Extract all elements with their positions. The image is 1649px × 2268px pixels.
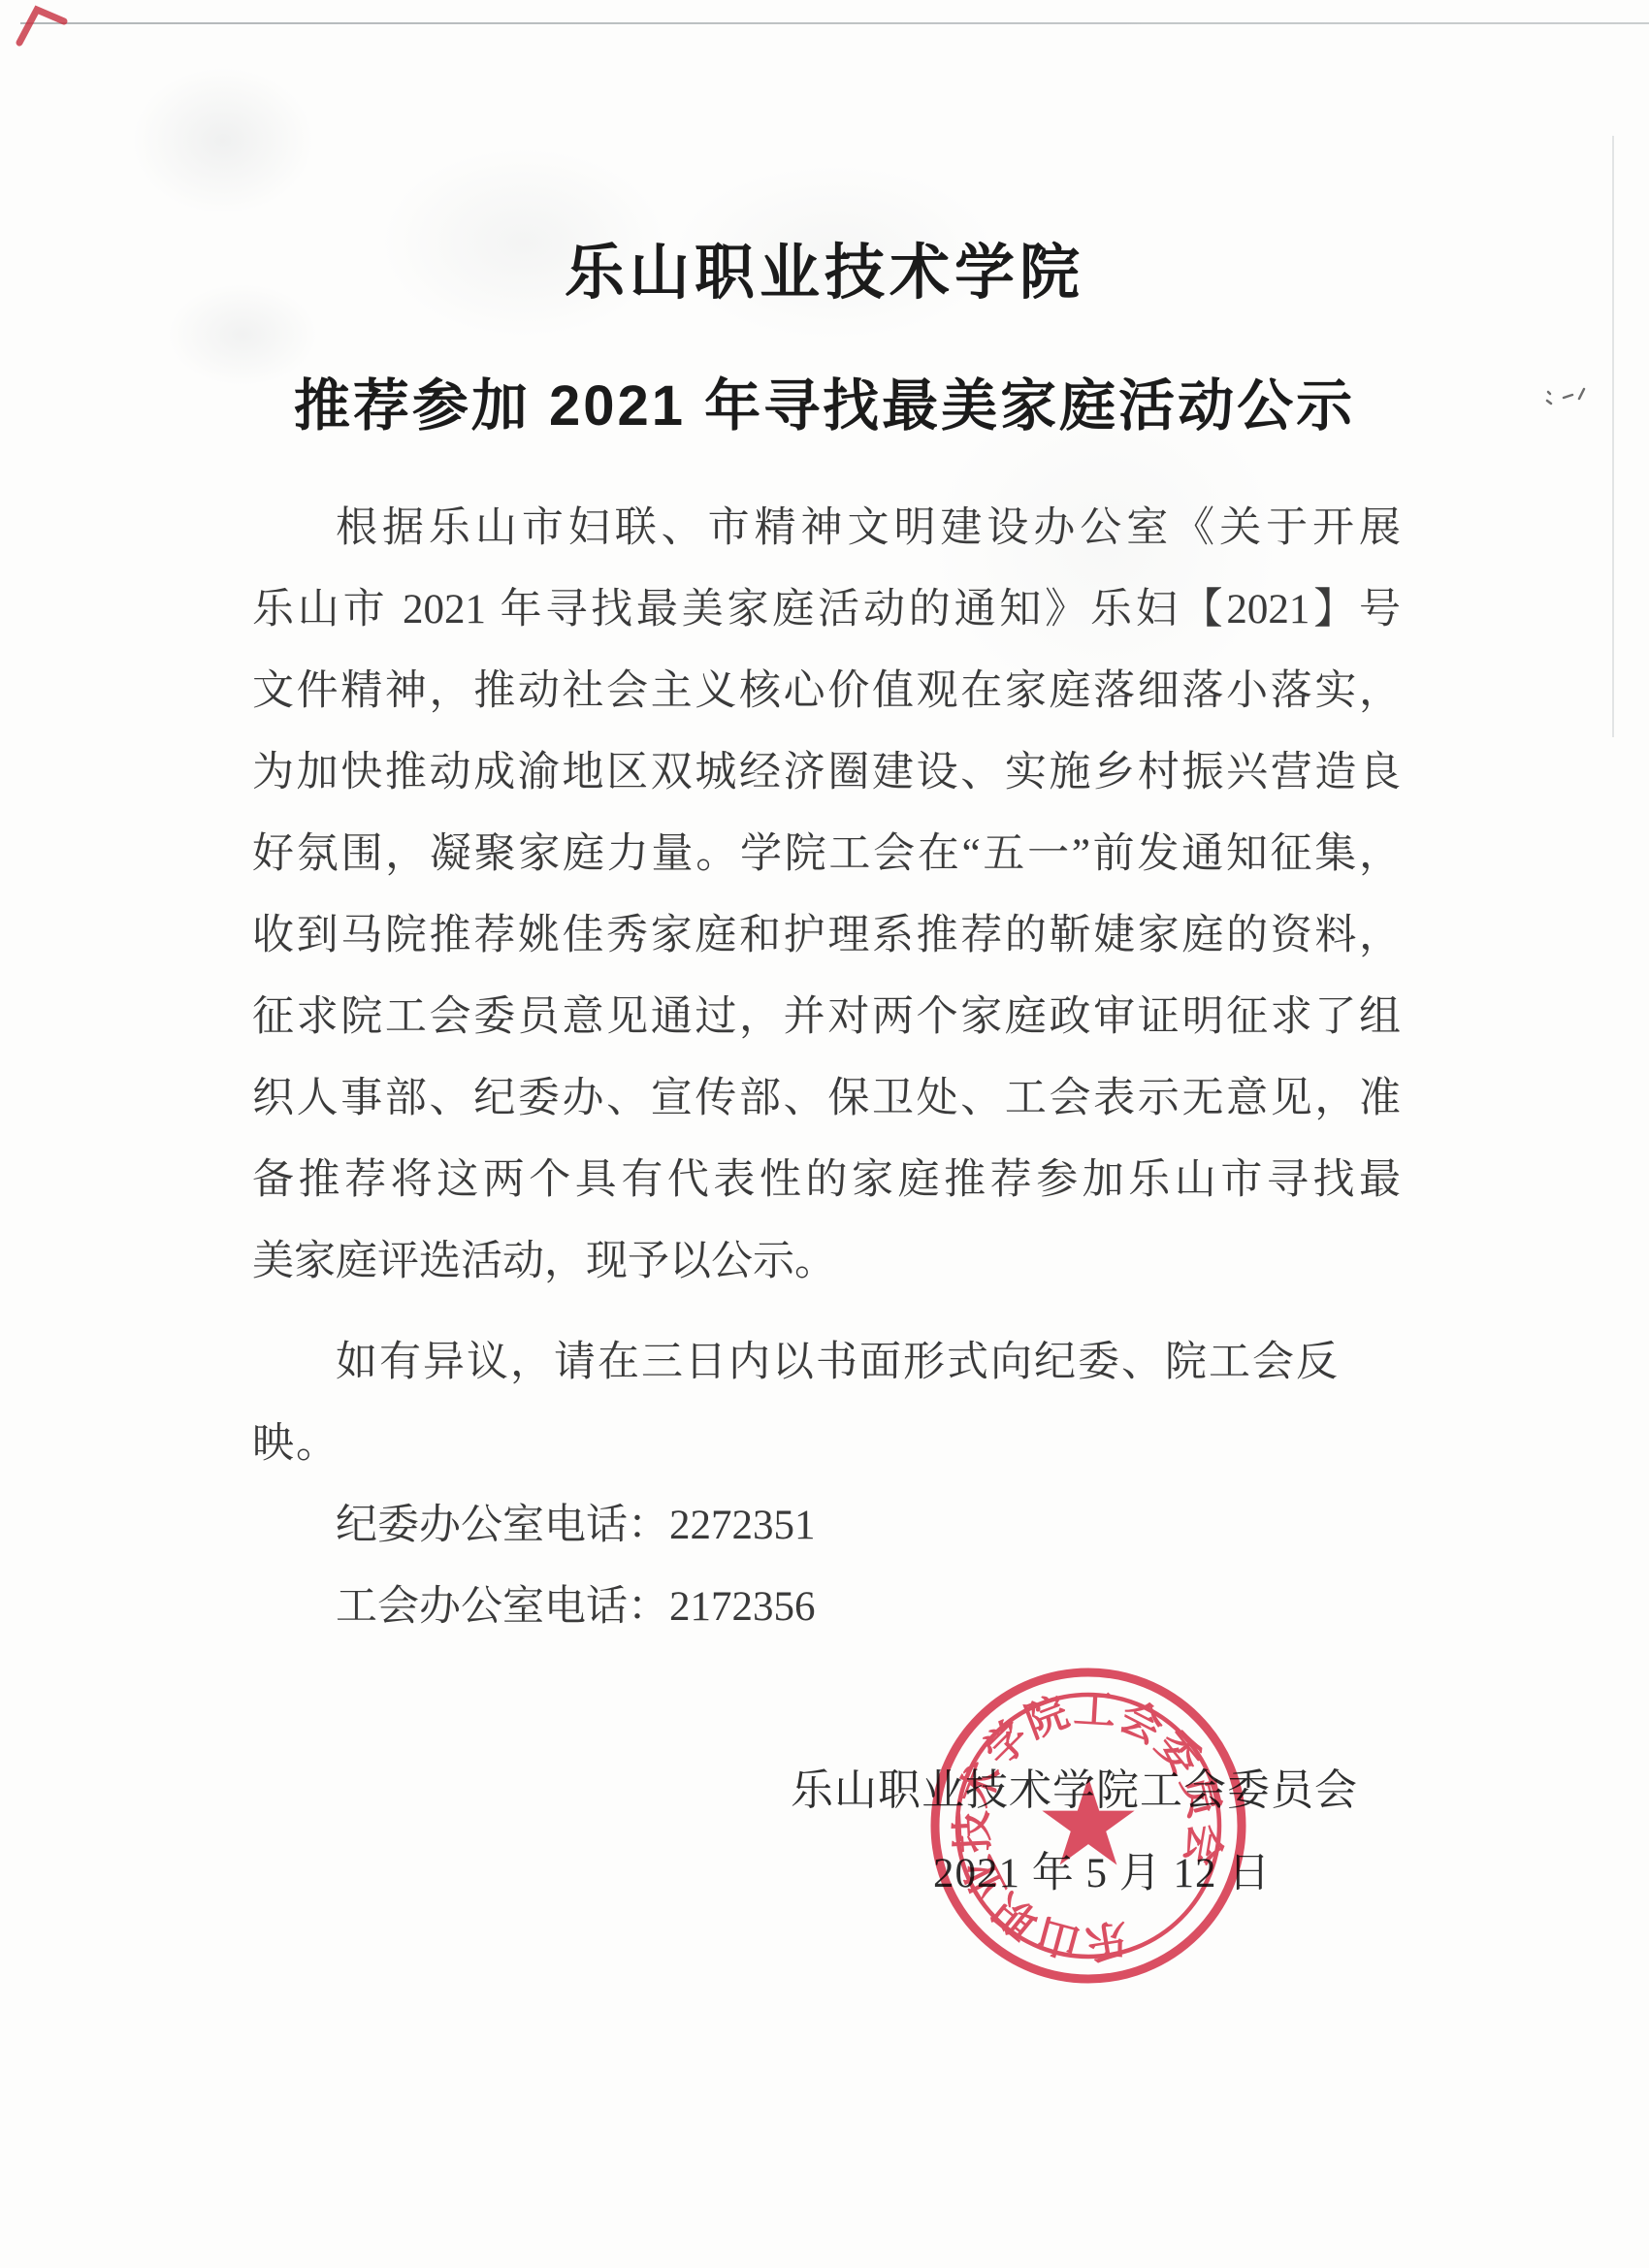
body-line: 征求院工会委员意见通过，并对两个家庭政审证明征求了组 (252, 977, 1401, 1058)
scan-hairline-artifact (20, 22, 1649, 24)
scanned-document-page: 乐山职业技术学院 推荐参加 2021 年寻找最美家庭活动公示 根据乐山市妇联、市… (0, 0, 1649, 2268)
body-line: 收到马院推荐姚佳秀家庭和护理系推荐的靳婕家庭的资料， (252, 895, 1401, 977)
scan-smudge (97, 39, 349, 243)
body-line: 为加快推动成渝地区双城经济圈建设、实施乡村振兴营造良 (252, 732, 1401, 814)
seal-star-icon (1042, 1777, 1134, 1865)
body-line: 织人事部、纪委办、宣传部、保卫处、工会表示无意见，准 (252, 1058, 1401, 1140)
phone-line-discipline-office: 纪委办公室电话：2272351 (252, 1485, 1401, 1567)
body-line: 乐山市 2021 年寻找最美家庭活动的通知》乐妇【2021】号 (252, 569, 1401, 651)
doc-title: 乐山职业技术学院 (0, 239, 1649, 308)
body-line: 文件精神，推动社会主义核心价值观在家庭落细落小落实， (252, 651, 1401, 732)
notice-line: 如有异议，请在三日内以书面形式向纪委、院工会反映。 (252, 1322, 1401, 1485)
body-line: 美家庭评选活动，现予以公示。 (252, 1221, 1401, 1303)
official-seal: 乐山职业技术学院工会委员会 (914, 1651, 1263, 2000)
doc-subtitle: 推荐参加 2021 年寻找最美家庭活动公示 (0, 374, 1649, 439)
phone-line-union-office: 工会办公室电话：2172356 (252, 1567, 1401, 1648)
body-paragraph: 根据乐山市妇联、市精神文明建设办公室《关于开展 乐山市 2021 年寻找最美家庭… (252, 488, 1401, 1303)
contact-section: 如有异议，请在三日内以书面形式向纪委、院工会反映。 纪委办公室电话：227235… (252, 1322, 1401, 1648)
body-line: 备推荐将这两个具有代表性的家庭推荐参加乐山市寻找最 (252, 1140, 1401, 1221)
body-line: 根据乐山市妇联、市精神文明建设办公室《关于开展 (252, 488, 1401, 569)
red-pen-mark (14, 2, 74, 62)
body-line: 好氛围，凝聚家庭力量。学院工会在“五一”前发通知征集， (252, 814, 1401, 895)
